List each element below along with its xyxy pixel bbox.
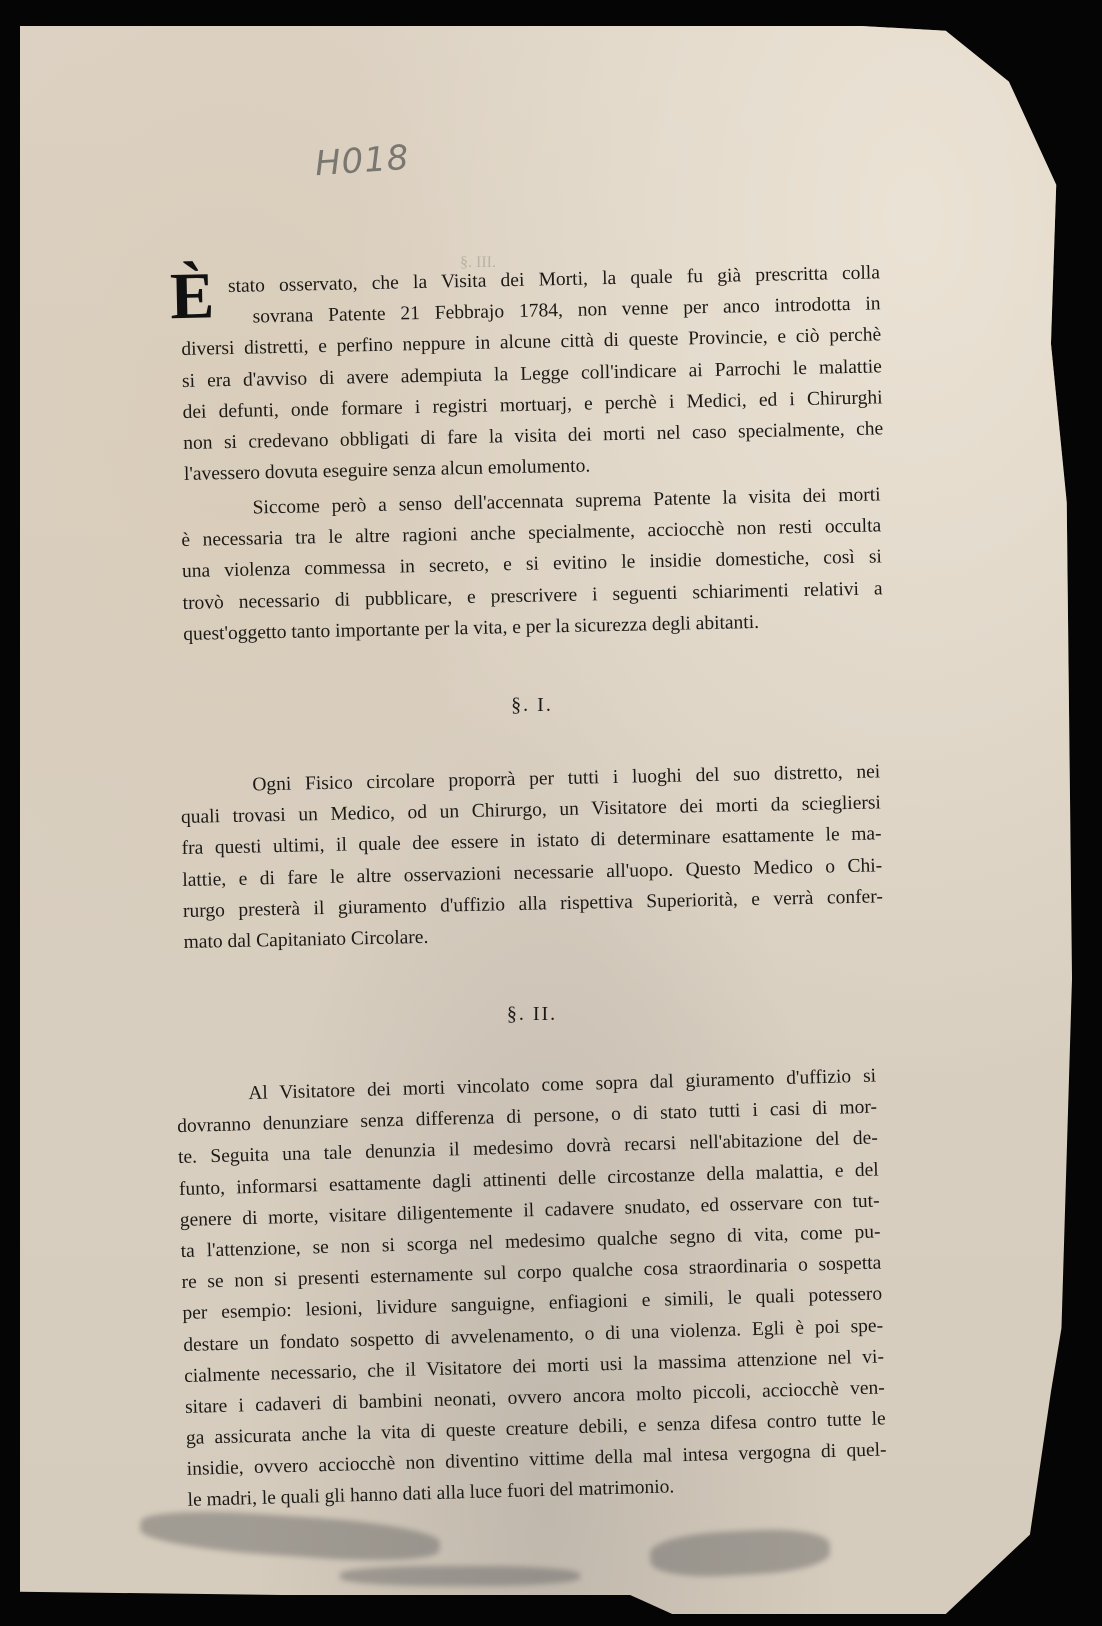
stain xyxy=(340,1566,580,1586)
section-1-paragraph: Ogni Fisico circolare proporrà per tutti… xyxy=(180,757,884,959)
section-2-paragraph: Al Visitatore dei morti vincolato come s… xyxy=(176,1060,888,1516)
document-page: H018 §. III. È stato osservato, che la V… xyxy=(20,26,1072,1614)
section-heading-2: §. II. xyxy=(182,999,882,1030)
intro-paragraph: È stato osservato, che la Visita dei Mor… xyxy=(180,257,884,490)
stain xyxy=(649,1526,831,1579)
handwritten-annotation: H018 xyxy=(314,138,411,184)
preamble-paragraph: Siccome però a senso dell'accennata supr… xyxy=(180,480,883,651)
drop-cap: È xyxy=(170,263,215,330)
document-body: È stato osservato, che la Visita dei Mor… xyxy=(182,272,882,1516)
section-heading-1: §. I. xyxy=(182,690,882,721)
